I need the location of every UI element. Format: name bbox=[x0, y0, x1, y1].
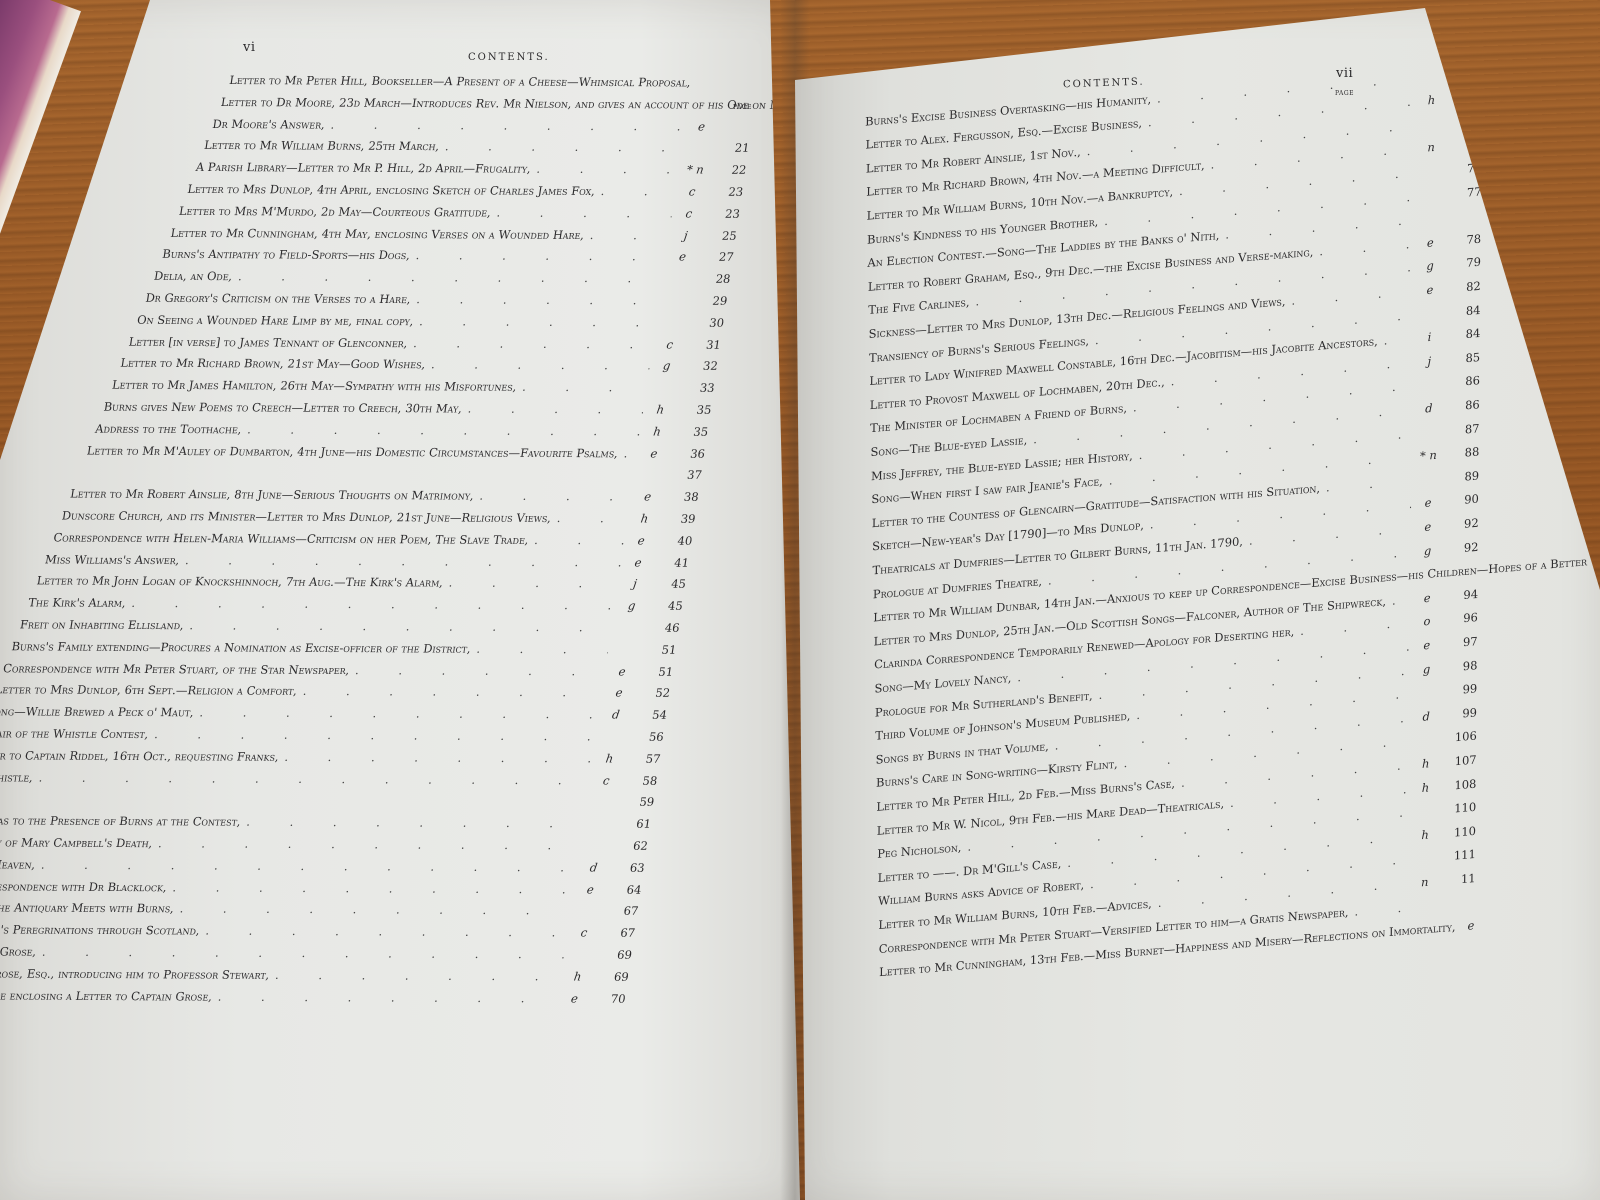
leader-dots: . . . . . . . . . . . . . . . . . . . . … bbox=[237, 269, 663, 285]
leader-dots: . . . . . . . . . . . . . . . . . . . . … bbox=[189, 618, 613, 634]
toc-entry: Letter to Mr Robert Ainslie, 8th June—Se… bbox=[69, 487, 699, 504]
toc-entry-page: 28 bbox=[689, 272, 731, 286]
leader-dots: . . . . . . . . . . . . . . . . . . . . … bbox=[1300, 616, 1410, 639]
toc-entry-title: Songs by Burns in that Volume, bbox=[876, 739, 1049, 767]
toc-entry-marker bbox=[1418, 388, 1440, 390]
toc-entry-page: 35 bbox=[667, 424, 709, 438]
toc-entry-page: 45 bbox=[642, 599, 684, 613]
toc-entry: Epitaph on Captain Grose,. . . . . . . .… bbox=[0, 944, 633, 962]
toc-entry-marker: e bbox=[690, 119, 714, 133]
toc-entry: On Seeing a Wounded Hare Limp by me, fin… bbox=[136, 313, 725, 330]
toc-entry-page: 27 bbox=[693, 250, 735, 264]
toc-entry-page: 46 bbox=[639, 621, 681, 635]
leader-dots: . . . . . . . . . . . . . . . . . . . . … bbox=[1249, 521, 1411, 548]
leader-dots: . . . . . . . . . . . . . . . . . . . . … bbox=[284, 750, 594, 766]
toc-entry-title: Letter to Mrs Dunlop, 6th Sept.—Religion… bbox=[0, 683, 298, 699]
toc-entry-marker bbox=[1420, 174, 1442, 176]
leader-dots: . . . . . . . . . . . . . . . . . . . . … bbox=[556, 511, 628, 525]
leader-dots: . . . . . . . . . . . . . . . . . . . . … bbox=[1230, 782, 1409, 810]
toc-entry-title: Letter to Dr Moore, 23d March—Introduces… bbox=[220, 95, 842, 112]
toc-entry-page: 51 bbox=[632, 664, 674, 678]
toc-entry-page: 31 bbox=[680, 337, 722, 351]
toc-entry-title: To Mary in Heaven, bbox=[0, 857, 36, 872]
toc-entry-marker bbox=[1415, 743, 1437, 745]
toc-entry-title: Burns gives New Poems to Creech—Letter t… bbox=[103, 400, 463, 416]
toc-entry-marker bbox=[1414, 909, 1436, 911]
toc-entry-page: 97 bbox=[1438, 634, 1478, 651]
toc-entry-title: The Kirk's Alarm, bbox=[27, 596, 126, 611]
leader-dots: . . . . . . . . . . . . . . . . . . . . … bbox=[534, 533, 626, 547]
toc-entry-title: Dr Gregory's Criticism on the Verses to … bbox=[145, 291, 412, 306]
toc-entry-title: Letter to Mr James Hamilton, 26th May—Sy… bbox=[111, 378, 517, 394]
toc-entry-marker: g bbox=[1417, 542, 1439, 558]
toc-entry-title: Dunscore Church, and its Minister—Letter… bbox=[61, 508, 552, 525]
toc-entry-page: 111 bbox=[1436, 847, 1476, 864]
toc-entry-marker: g bbox=[1416, 661, 1438, 677]
toc-entry-title: Letter to Captain Riddel, 16th Oct., req… bbox=[0, 748, 280, 764]
toc-entry-marker bbox=[1418, 435, 1440, 437]
toc-entry-marker: n bbox=[1420, 140, 1442, 156]
toc-entry: Dr Moore's Answer,. . . . . . . . . . . … bbox=[212, 117, 754, 134]
toc-entry-title: Song—My Lovely Nancy, bbox=[874, 671, 1011, 696]
toc-entry: 59 bbox=[0, 791, 655, 809]
toc-entry: On Captain Grose's Peregrinations throug… bbox=[0, 922, 636, 940]
toc-entry: Song—Willie Brewed a Peck o' Maut,. . . … bbox=[0, 704, 668, 722]
toc-entry-marker bbox=[1417, 482, 1439, 484]
toc-entry-marker: e bbox=[607, 686, 631, 700]
leader-dots: . . . . . . . . . . . . . . . . . . . . … bbox=[430, 358, 650, 373]
toc-entry-marker: j bbox=[623, 577, 647, 591]
toc-entry-page: 79 bbox=[1441, 255, 1481, 272]
toc-entry-page: 88 bbox=[1439, 445, 1479, 462]
right-page: vii CONTENTS. PAGE 71Burns's Excise Busi… bbox=[795, 0, 1600, 1200]
toc-entry-title: Letter to Mr Richard Brown, 21st May—Goo… bbox=[120, 356, 427, 372]
toc-entry-page: 32 bbox=[677, 359, 719, 373]
toc-entry-page: 64 bbox=[600, 882, 642, 896]
toc-entry-page: 85 bbox=[1440, 350, 1480, 367]
toc-entry: Burns gives New Poems to Creech—Letter t… bbox=[103, 400, 713, 417]
toc-entry-title: Correspondence with Mr Peter Stuart, of … bbox=[2, 661, 350, 677]
toc-entry-page: 63 bbox=[604, 860, 646, 874]
left-toc-list: Letter to Mr Peter Hill, Bookseller—A Pr… bbox=[1, 72, 800, 76]
leader-dots: . . . . . . . . . . . . . . . . . . . . … bbox=[38, 770, 590, 787]
toc-entry-marker: g bbox=[655, 359, 679, 373]
leader-dots: . . . . . . . . . . . . . . . . . . . . … bbox=[1225, 213, 1413, 242]
toc-entry: Letter [in verse] to James Tennant of Gl… bbox=[128, 334, 722, 351]
toc-entry: Dr Gregory's Criticism on the Verses to … bbox=[145, 291, 729, 308]
toc-entry: Letter to Mr William Burns, 25th March,.… bbox=[203, 138, 750, 155]
toc-entry-page: 39 bbox=[654, 512, 696, 526]
leader-dots: . . . . . . . . . . . . . . . . . . . . … bbox=[600, 184, 676, 198]
toc-entry: Question as to the Presence of Burns at … bbox=[0, 813, 652, 831]
toc-entry-marker: c bbox=[594, 773, 618, 787]
toc-entry-title: The Whistle, bbox=[0, 770, 34, 784]
leader-dots bbox=[84, 476, 633, 479]
toc-entry-page: 84 bbox=[1441, 302, 1481, 319]
toc-entry-page: 56 bbox=[623, 730, 665, 744]
toc-entry: Captain Grose the Antiquary Meets with B… bbox=[0, 900, 639, 918]
leader-dots: . . . . . . . . . . . . . . . . . . . . … bbox=[413, 336, 654, 351]
toc-entry-page: 98 bbox=[1437, 658, 1477, 675]
leader-dots: . . . . . . . . . . . . . . . . . . . . … bbox=[696, 75, 698, 89]
toc-entry-marker: e bbox=[578, 882, 602, 896]
toc-entry-marker: e bbox=[1417, 495, 1439, 511]
leader-dots: . . . . . . . . . . . . . . . . . . . . … bbox=[246, 815, 584, 831]
toc-entry-page: 92 bbox=[1439, 539, 1479, 556]
toc-entry-page: 62 bbox=[607, 839, 649, 853]
toc-entry-page: 99 bbox=[1437, 681, 1477, 698]
toc-entry-page: 41 bbox=[648, 555, 690, 569]
toc-entry-page: 38 bbox=[658, 490, 700, 504]
toc-entry-title: Poetical Correspondence with Dr Blackloc… bbox=[0, 879, 168, 894]
toc-entry-page: 69 bbox=[588, 969, 630, 983]
toc-entry-marker bbox=[1414, 814, 1436, 816]
toc-entry: Letter to Francis Grose, Esq., introduci… bbox=[0, 966, 630, 984]
toc-entry-page: 22 bbox=[705, 163, 747, 177]
leader-dots: . . . . . . . . . . . . . . . . . . . . … bbox=[1326, 474, 1411, 495]
leader-dots: . . . . . . . . . . . . . . . . . . . . … bbox=[1354, 900, 1407, 918]
toc-entry-title: Miss Williams's Answer, bbox=[44, 552, 180, 567]
leader-dots: . . . . . . . . . . . . . . . . . . . . … bbox=[467, 402, 644, 417]
leader-dots: . . . . . . . . . . . . . . . . . . . . … bbox=[444, 140, 682, 155]
toc-entry: Letter to Dr Moore, 23d March—Introduces… bbox=[220, 95, 757, 112]
toc-entry-page: 33 bbox=[674, 381, 716, 395]
toc-entry-marker: h bbox=[1421, 92, 1443, 108]
toc-entry: The Whistle,. . . . . . . . . . . . . . … bbox=[0, 770, 658, 788]
toc-entry-title: Peg Nicholson, bbox=[877, 840, 961, 861]
toc-entry-marker: c bbox=[680, 184, 704, 198]
leader-dots: . . . . . . . . . . . . . . . . . . . . … bbox=[419, 314, 657, 329]
toc-entry-page: 107 bbox=[1437, 753, 1477, 770]
toc-entry-title: Captain Grose the Antiquary Meets with B… bbox=[0, 900, 175, 915]
toc-entry-marker: d bbox=[1418, 400, 1440, 416]
toc-entry-page: 69 bbox=[591, 948, 633, 962]
toc-entry-title: Letter to Mr Robert Ainslie, 8th June—Se… bbox=[69, 487, 475, 503]
toc-entry-marker bbox=[1420, 198, 1442, 200]
toc-entry-marker: e bbox=[636, 490, 660, 504]
toc-entry: Anniversary of Mary Campbell's Death,. .… bbox=[0, 835, 649, 853]
toc-entry-marker: h bbox=[632, 511, 656, 525]
toc-entry-title: Correspondence with Helen-Maria Williams… bbox=[53, 530, 530, 546]
leader-dots: . . . . . . . . . . . . . . . . . . . . … bbox=[1392, 592, 1410, 607]
left-page-number: vi bbox=[243, 40, 256, 55]
toc-entry-title: Letter to Mrs M'Murdo, 2d May—Courteous … bbox=[178, 204, 492, 220]
toc-entry-title: Song—Willie Brewed a Peck o' Maut, bbox=[0, 704, 195, 719]
toc-entry-marker: o bbox=[1416, 614, 1438, 630]
leader-dots: . . . . . . . . . . . . . . . . . . . . … bbox=[179, 902, 571, 918]
toc-entry: Letter to Mr Cunningham, 4th May, enclos… bbox=[170, 225, 738, 242]
toc-entry-marker: * n bbox=[683, 163, 707, 177]
toc-entry-title: Song—The Blue-eyed Lassie, bbox=[871, 433, 1028, 459]
toc-entry: A Parish Library—Letter to Mr P. Hill, 2… bbox=[195, 160, 747, 177]
toc-entry-title: Letter to Mrs Dunlop, 4th April, enclosi… bbox=[187, 182, 597, 198]
toc-entry-marker bbox=[1415, 696, 1437, 698]
toc-entry-marker: * n bbox=[1417, 448, 1439, 464]
toc-entry-page: 86 bbox=[1440, 374, 1480, 391]
toc-entry: Dunscore Church, and its Minister—Letter… bbox=[61, 508, 697, 525]
toc-entry-page: 54 bbox=[626, 708, 668, 722]
toc-entry-title: Epitaph on Captain Grose, bbox=[0, 944, 37, 959]
toc-entry-marker: h bbox=[645, 424, 669, 438]
toc-entry-page: 82 bbox=[1441, 279, 1481, 296]
toc-entry-page: 37 bbox=[661, 468, 703, 482]
toc-entry-page: 57 bbox=[619, 751, 661, 765]
toc-entry-title: Freit on Inhabiting Ellisland, bbox=[19, 617, 185, 632]
toc-entry-title: Letter to Mr John Logan of Knockshinnoch… bbox=[36, 574, 444, 590]
toc-entry: Delia, an Ode,. . . . . . . . . . . . . … bbox=[153, 269, 731, 286]
toc-entry-title: Anniversary of Mary Campbell's Death, bbox=[0, 835, 153, 850]
toc-entry-marker: e bbox=[1416, 590, 1438, 606]
right-page-column-label: PAGE bbox=[1335, 90, 1354, 97]
leader-dots: . . . . . . . . . . . . . . . . . . . . … bbox=[415, 249, 667, 264]
leader-dots: . . . . . . . . . . . . . . . . . . . . … bbox=[1319, 237, 1413, 258]
toc-entry: Letter to Mrs Dunlop, 6th Sept.—Religion… bbox=[0, 683, 671, 701]
toc-entry-marker: h bbox=[1414, 827, 1436, 843]
toc-entry-page: 87 bbox=[1440, 421, 1480, 438]
toc-entry-marker: h bbox=[566, 969, 590, 983]
toc-entry-title: Burns's Family extending—Procures a Nomi… bbox=[11, 639, 472, 655]
toc-entry-marker bbox=[1414, 861, 1436, 863]
toc-entry-page: 76 bbox=[1442, 160, 1482, 177]
toc-entry-page: 29 bbox=[686, 294, 728, 308]
toc-entry-page: 30 bbox=[683, 315, 725, 329]
toc-entry-page: 67 bbox=[594, 926, 636, 940]
right-toc-list: 71Burns's Excise Business Overtasking—hi… bbox=[795, 36, 1553, 96]
toc-entry-page bbox=[1441, 219, 1481, 222]
leader-dots: . . . . . . . . . . . . . . . . . . . . … bbox=[496, 205, 673, 220]
leader-dots: . . . . . . . . . . . . . . . . . . . . … bbox=[172, 880, 575, 896]
toc-entry: Letter to Mrs Dunlop, 4th April, enclosi… bbox=[187, 182, 745, 199]
toc-entry-marker bbox=[1420, 127, 1442, 129]
toc-entry-marker: h bbox=[1415, 779, 1437, 795]
toc-entry-marker: e bbox=[629, 533, 653, 547]
toc-entry: Poetical Correspondence with Dr Blackloc… bbox=[0, 879, 642, 897]
toc-entry: To Mary in Heaven,. . . . . . . . . . . … bbox=[0, 857, 646, 875]
leader-dots bbox=[0, 803, 586, 806]
toc-entry: Written in an Envelope enclosing a Lette… bbox=[0, 987, 627, 1005]
toc-entry-marker bbox=[1421, 80, 1443, 82]
toc-entry-page: 40 bbox=[651, 533, 693, 547]
toc-entry-title: Dr Moore's Answer, bbox=[212, 117, 326, 132]
toc-entry-title: Letter to Mr William Burns, 25th March, bbox=[203, 138, 440, 153]
leader-dots: . . . . . . . . . . . . . . . . . . . . … bbox=[275, 968, 562, 983]
toc-entry-marker: e bbox=[610, 664, 634, 678]
toc-entry-page: 61 bbox=[610, 817, 652, 831]
toc-entry-marker: g bbox=[620, 599, 644, 613]
toc-entry-page: 106 bbox=[1437, 729, 1477, 746]
toc-entry-title: Letter [in verse] to James Tennant of Gl… bbox=[128, 334, 409, 349]
toc-entry-page: 23 bbox=[702, 185, 744, 199]
toc-entry: Burns's Family extending—Procures a Nomi… bbox=[11, 639, 678, 656]
toc-entry-marker: d bbox=[604, 708, 628, 722]
toc-entry-title: Burns's Antipathy to Field-Sports—his Do… bbox=[161, 247, 411, 262]
toc-entry-page: 25 bbox=[696, 228, 738, 242]
toc-entry-page: 23 bbox=[699, 206, 741, 220]
toc-entry-marker: e bbox=[1417, 519, 1439, 535]
toc-entry-page: 71 bbox=[1443, 42, 1483, 59]
leader-dots: . . . . . . . . . . . . . . . . . . . . … bbox=[416, 292, 661, 307]
toc-entry-marker: e bbox=[671, 250, 695, 264]
toc-entry: Correspondence with Mr Peter Stuart, of … bbox=[2, 661, 674, 679]
leader-dots: . . . . . . . . . . . . . . . . . . . . … bbox=[185, 553, 623, 569]
toc-entry: Address to the Toothache,. . . . . . . .… bbox=[94, 421, 709, 438]
toc-entry-page: 94 bbox=[1438, 587, 1478, 604]
toc-entry-marker: e bbox=[626, 555, 650, 569]
toc-entry-title: Written in an Envelope enclosing a Lette… bbox=[0, 987, 213, 1003]
leader-dots: . . . . . . . . . . . . . . . . . . . . … bbox=[355, 663, 607, 678]
toc-entry-title: Question as to the Presence of Burns at … bbox=[0, 813, 242, 829]
toc-entry-marker: e bbox=[563, 991, 587, 1005]
toc-entry-page: 96 bbox=[1438, 610, 1478, 627]
toc-entry-marker: d bbox=[1415, 708, 1437, 724]
toc-entry-marker: c bbox=[572, 926, 596, 940]
toc-entry: Letter to Captain Riddel, 16th Oct., req… bbox=[0, 748, 662, 766]
toc-entry: Letter to Mr James Hamilton, 26th May—Sy… bbox=[111, 378, 715, 395]
toc-entry-page: 72 bbox=[1443, 66, 1483, 83]
toc-entry-title: Affair of the Whistle Contest, bbox=[0, 726, 150, 741]
toc-entry: Letter to Mrs M'Murdo, 2d May—Courteous … bbox=[178, 204, 741, 221]
toc-entry-title: Delia, an Ode, bbox=[153, 269, 233, 283]
toc-entry-page: 110 bbox=[1436, 824, 1476, 841]
toc-entry-page: 58 bbox=[616, 773, 658, 787]
toc-entry-page: 59 bbox=[613, 795, 655, 809]
leader-dots: . . . . . . . . . . . . . . . . . . . . … bbox=[1291, 284, 1413, 308]
leader-dots: . . . . . . . . . . . . . . . . . . . . … bbox=[199, 706, 600, 722]
toc-entry-page: 35 bbox=[670, 403, 712, 417]
toc-entry-title: Letter to Mr Peter Hill, Bookseller—A Pr… bbox=[228, 73, 691, 89]
toc-entry-marker: h bbox=[1415, 756, 1437, 772]
toc-entry-page: 73 bbox=[1442, 89, 1482, 106]
toc-entry-page: 51 bbox=[635, 642, 677, 656]
toc-entry-page: 36 bbox=[664, 446, 706, 460]
toc-entry-title: Letter to Francis Grose, Esq., introduci… bbox=[0, 966, 271, 982]
toc-entry-title: Prologue at Dumfries Theatre, bbox=[873, 574, 1042, 601]
toc-entry-marker: h bbox=[598, 751, 622, 765]
toc-entry-title: Letter to Mr Cunningham, 4th May, enclos… bbox=[170, 225, 586, 241]
toc-entry-page: 45 bbox=[645, 577, 687, 591]
leader-dots: . . . . . . . . . . . . . . . . . . . . … bbox=[476, 642, 610, 657]
toc-entry-page: 90 bbox=[1439, 492, 1479, 509]
leader-dots: . . . . . . . . . . . . . . . . . . . . … bbox=[217, 989, 558, 1005]
toc-entry-title: Address to the Toothache, bbox=[94, 421, 242, 436]
leader-dots: . . . . . . . . . . . . . . . . . . . . … bbox=[41, 945, 565, 962]
toc-entry-marker bbox=[1421, 56, 1443, 58]
toc-entry-title: On Seeing a Wounded Hare Limp by me, fin… bbox=[136, 313, 414, 328]
toc-entry-page: 11 bbox=[1436, 871, 1476, 888]
leader-dots: . . . . . . . . . . . . . . . . . . . . … bbox=[589, 228, 670, 242]
toc-entry-page: 78 bbox=[1441, 231, 1481, 248]
toc-entry-marker: j bbox=[1418, 353, 1440, 369]
leader-dots: . . . . . . . . . . . . . . . . . . . . … bbox=[205, 924, 568, 940]
toc-entry-page: 110 bbox=[1436, 800, 1476, 817]
toc-entry-marker bbox=[1420, 222, 1442, 224]
toc-entry-marker: e bbox=[1416, 637, 1438, 653]
leader-dots: . . . . . . . . . . . . . . . . . . . . … bbox=[448, 576, 619, 591]
leader-dots: . . . . . . . . . . . . . . . . . . . . … bbox=[247, 422, 642, 438]
toc-entry-marker: h bbox=[648, 402, 672, 416]
toc-entry-title: On Captain Grose's Peregrinations throug… bbox=[0, 922, 201, 938]
toc-entry-page: 77 bbox=[1442, 184, 1482, 201]
toc-entry: Burns's Antipathy to Field-Sports—his Do… bbox=[161, 247, 734, 264]
toc-entry: Freit on Inhabiting Ellisland,. . . . . … bbox=[19, 617, 681, 634]
toc-entry-page: 108 bbox=[1436, 776, 1476, 793]
toc-entry-page: 92 bbox=[1439, 516, 1479, 533]
leader-dots: . . . . . . . . . . . . . . . . . . . . … bbox=[623, 446, 638, 460]
toc-entry-marker: d bbox=[582, 860, 606, 874]
toc-entry-page: 84 bbox=[1440, 326, 1480, 343]
leader-dots: . . . . . . . . . . . . . . . . . . . . … bbox=[302, 684, 603, 700]
leader-dots: . . . . . . . . . . . . . . . . . . . . … bbox=[536, 162, 680, 177]
toc-entry-marker bbox=[1419, 317, 1441, 319]
leader-dots: . . . . . . . . . . . . . . . . . . . . … bbox=[330, 117, 686, 133]
toc-entry-page: 86 bbox=[1440, 397, 1480, 414]
toc-entry: Letter to Mr M'Auley of Dumbarton, 4th J… bbox=[86, 443, 706, 460]
toc-entry: Letter to Mr Peter Hill, Bookseller—A Pr… bbox=[228, 73, 760, 90]
toc-entry-title: Letter to ——. Dr M'Gill's Case, bbox=[878, 856, 1062, 885]
toc-entry: Letter to Mr John Logan of Knockshinnoch… bbox=[36, 574, 687, 591]
toc-entry: Letter to Mr Richard Brown, 21st May—Goo… bbox=[120, 356, 719, 373]
toc-entry-marker: j bbox=[674, 228, 698, 242]
toc-entry-page bbox=[1435, 906, 1475, 909]
toc-entry: The Kirk's Alarm,. . . . . . . . . . . .… bbox=[27, 596, 683, 613]
toc-entry-page: 52 bbox=[629, 686, 671, 700]
toc-entry-marker: e bbox=[1419, 235, 1441, 251]
leader-dots: . . . . . . . . . . . . . . . . . . . . … bbox=[522, 380, 648, 395]
leader-dots: . . . . . . . . . . . . . . . . . . . . … bbox=[154, 727, 597, 743]
toc-entry-marker: e bbox=[642, 446, 666, 460]
toc-entry-page: 70 bbox=[585, 991, 627, 1005]
toc-entry-marker: g bbox=[1419, 258, 1441, 274]
leader-dots: . . . . . . . . . . . . . . . . . . . . … bbox=[131, 596, 616, 613]
toc-entry-title: The Five Carlines, bbox=[868, 295, 969, 317]
left-page-header: CONTENTS. bbox=[468, 52, 550, 63]
toc-entry-marker: c bbox=[677, 206, 701, 220]
toc-entry-marker: e bbox=[1419, 282, 1441, 298]
toc-entry-page: 99 bbox=[1437, 705, 1477, 722]
toc-entry: 37 bbox=[78, 465, 703, 482]
toc-entry-marker: i bbox=[1418, 329, 1440, 345]
toc-entry-page: 89 bbox=[1439, 468, 1479, 485]
toc-entry-marker: c bbox=[658, 337, 682, 351]
leader-dots: . . . . . . . . . . . . . . . . . . . . … bbox=[40, 857, 577, 874]
toc-entry: Affair of the Whistle Contest,. . . . . … bbox=[0, 726, 665, 744]
toc-entry-page: 21 bbox=[708, 141, 750, 155]
toc-entry-page: 74 bbox=[1442, 113, 1482, 130]
leader-dots: . . . . . . . . . . . . . . . . . . . . … bbox=[479, 489, 632, 504]
toc-entry-marker: e bbox=[1467, 918, 1474, 933]
toc-entry-page: 75 bbox=[1442, 137, 1482, 154]
toc-entry: Miss Williams's Answer,. . . . . . . . .… bbox=[44, 552, 690, 569]
leader-dots: . . . . . . . . . . . . . . . . . . . . … bbox=[1384, 331, 1413, 347]
left-page: vi CONTENTS. PAGE Letter to Mr Peter Hil… bbox=[0, 0, 800, 1200]
toc-entry-marker: n bbox=[1414, 874, 1436, 890]
toc-entry: Correspondence with Helen-Maria Williams… bbox=[53, 530, 694, 547]
leader-dots: . . . . . . . . . . . . . . . . . . . . … bbox=[157, 836, 580, 852]
toc-entry-title: Letter to Mr M'Auley of Dumbarton, 4th J… bbox=[86, 443, 619, 460]
toc-entry-title: A Parish Library—Letter to Mr P. Hill, 2… bbox=[195, 160, 532, 176]
toc-entry-page: 67 bbox=[597, 904, 639, 918]
